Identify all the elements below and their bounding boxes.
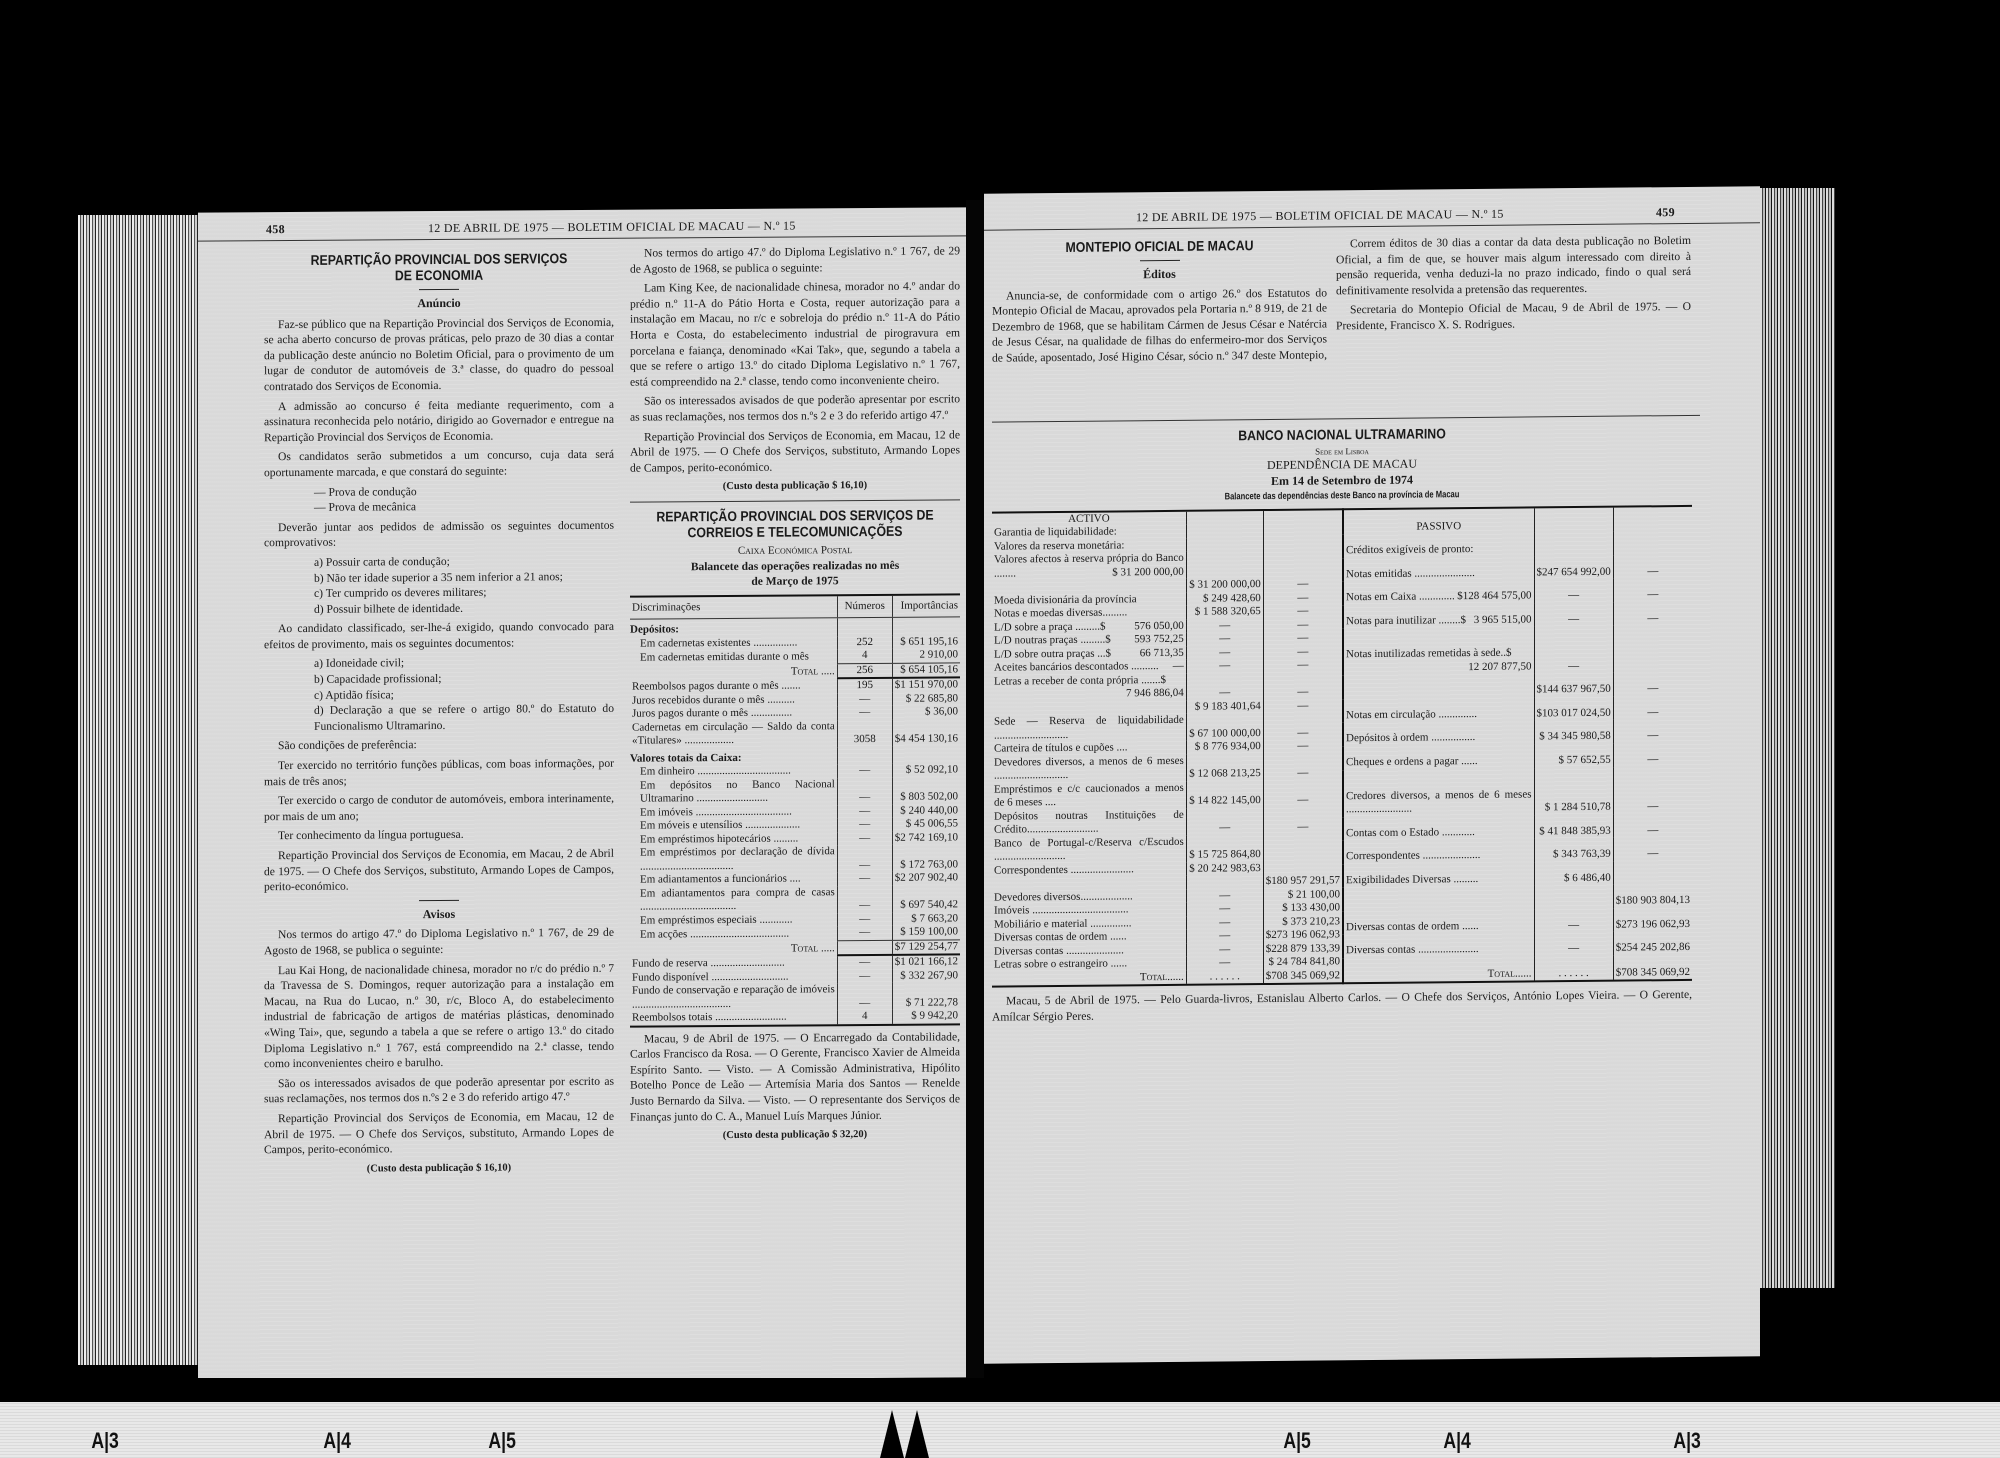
row-amount: $ 34 345 980,58 [1534,720,1613,744]
column-montepio-b: Correm éditos de 30 dias a contar da dat… [1336,233,1691,338]
row-number: — [837,764,892,778]
row-amount: $ 41 848 385,93 [1534,814,1613,838]
table-row: Exigibilidades Diversas ......... $ 6 48… [1343,861,1692,888]
row-sub-amount: 593 752,25 [1134,633,1184,647]
table-row: Depósitos noutras Instituições de Crédit… [992,807,1342,837]
row-amount: $273 196 062,93 [1613,908,1692,932]
row-amount: — [1263,713,1342,741]
table-row: Correspondentes ..................... $ … [1343,837,1692,864]
table-row: Em dinheiro ............................… [630,764,960,780]
bnu-section: BANCO NACIONAL ULTRAMARINO Sede em Lisbo… [992,423,1692,1029]
list-item: d) Possuir bilhete de identidade. [264,599,614,617]
row-label: Juros pagos durante o mês ..............… [630,706,837,721]
row-amount [1186,875,1263,889]
film-mark: A|3 [91,1428,118,1454]
row-amount: — [1186,659,1263,673]
cost-note: (Custo desta publicação $ 16,10) [630,478,960,496]
row-label: Letras sobre o estrangeiro ...... [994,958,1127,971]
row-label: Valores totais da Caixa: [630,747,837,766]
bnu-title: BANCO NACIONAL ULTRAMARINO [1034,423,1650,445]
row-amount: — [1263,807,1342,835]
row-amount: $228 879 133,39 [1263,942,1342,956]
row-amount: — [1534,602,1613,626]
row-amount: — [1613,555,1692,579]
film-notch [880,1410,904,1458]
table-row: Cheques e ordens a pagar ...... $ 57 652… [1343,743,1692,770]
row-number [837,618,892,636]
row-sub-amount: $128 464 575,00 [1457,590,1531,604]
row-amount: $ 343 763,39 [1534,838,1613,862]
row-label: Exigibilidades Diversas ......... [1346,873,1478,886]
film-mark: A|3 [1673,1428,1700,1454]
row-label: Em cadernetas existentes ...............… [630,636,837,651]
row-amount: $ 67 100 000,00 [1186,713,1263,741]
row-amount: — [1186,632,1263,646]
row-amount: $ 9 183 401,64 [1186,700,1263,714]
row-amount: $ 172 763,00 [892,845,960,872]
list-item: — Prova de mecânica [264,498,614,516]
row-amount: $ 133 430,00 [1263,902,1342,916]
row-amount: — [1263,618,1342,632]
running-header-left: 458 12 DE ABRIL DE 1975 — BOLETIM OFICIA… [198,217,966,241]
table-row: Diversas contas ...................... —… [1343,931,1692,958]
row-label: Depósitos à ordem ................ [1346,731,1475,744]
list-item: b) Não ter idade superior a 35 nem infer… [264,568,614,586]
paragraph: Os candidatos serão submetidos a um conc… [264,447,614,481]
signature: Macau, 5 de Abril de 1975. — Pelo Guarda… [992,987,1692,1025]
signature: Secretaria do Montepio Oficial de Macau,… [1336,299,1691,334]
table-row: Em cadernetas existentes ...............… [630,635,960,651]
row-amount [1613,531,1692,555]
table-row: Letras a receber de conta própria ......… [992,672,1342,702]
row-amount: — [1263,632,1342,646]
table-row: Notas inutilizadas remetidas à sede..$ 1… [1343,625,1692,675]
paragraph: Lau Kai Hong, de nacionalidade chinesa, … [264,960,614,1072]
row-amount: — [1186,956,1263,970]
row-number: 4 [837,1010,892,1025]
row-amount: $ 31 200 000,00 [1186,578,1263,592]
film-mark: A|4 [323,1428,350,1454]
row-label: Em dinheiro ............................… [630,764,837,779]
row-label: L/D sobre outra praças ...$ [994,647,1111,660]
row-label: Notas emitidas ...................... [1346,567,1475,580]
cost-note: (Custo desta publicação $ 16,10) [264,1159,614,1177]
row-number: — [837,706,892,720]
table-row: Credores diversos, a menos de 6 meses ..… [1343,766,1692,816]
row-amount: $ 803 502,00 [892,777,960,804]
paragraph: Ter exercido o cargo de condutor de auto… [264,791,614,825]
row-label: Depósitos noutras Instituições de Crédit… [994,809,1184,836]
row-amount [892,617,960,635]
row-amount: $ 240 440,00 [892,804,960,818]
row-amount: — [1186,673,1263,701]
row-amount: — [1613,578,1692,602]
paragraph: Faz-se público que na Repartição Provinc… [264,314,614,394]
column-header: Discriminações [630,595,837,619]
row-amount: $ 8 776 934,00 [1186,740,1263,754]
row-amount: — [1534,626,1613,674]
row-label: Em cadernetas emitidas durante o mês [630,649,837,664]
row-label: Em adiantamentos para compra de casas ..… [630,886,837,914]
row-number: — [837,955,892,970]
row-label: Correspondentes ....................... [994,863,1134,876]
row-number: 4 [837,649,892,663]
row-label: Moeda divisionária da província [994,593,1137,606]
row-label: Sede — Reserva de liquidabilidade ......… [994,714,1184,741]
caixa-balance-table: Discriminações Números Importâncias Depó… [630,593,960,1027]
row-amount: $2 207 902,40 [892,872,960,886]
row-amount: $4 454 130,16 [892,719,960,746]
table-row: Contas com o Estado ............ $ 41 84… [1343,814,1692,841]
row-label: Mobiliário e material ............... [994,917,1131,930]
row-amount: $ 45 006,55 [892,818,960,832]
paragraph: Correm éditos de 30 dias a contar da dat… [1336,233,1691,299]
row-number: — [837,778,892,805]
row-amount: $ 6 486,40 [1534,861,1613,885]
row-amount: $ 159 100,00 [892,926,960,940]
list-item: d) Declaração a que se refere o artigo 8… [264,701,614,735]
paragraph: São os interessados avisados de que pode… [264,1073,614,1107]
row-amount: — [1263,659,1342,673]
column-economia: REPARTIÇÃO PROVINCIAL DOS SERVIÇOSDE ECO… [264,250,614,1182]
row-amount: — [1186,943,1263,957]
row-label: Diversas contas de ordem ...... [994,931,1127,944]
row-amount: $ 9 942,20 [892,1010,960,1025]
table-row: Em empréstimos hipotecários .........—$2… [630,831,960,847]
total-label: Total...... [1343,956,1534,983]
total-row: Total....... . . . . .$708 345 069,92 [1343,955,1692,984]
row-amount: $2 742 169,10 [892,831,960,845]
paragraph: Lam King Kee, de nacionalidade chinesa, … [630,279,960,390]
avisos-heading: Avisos [264,906,614,924]
row-label: Notas para inutilizar ........$ [1346,614,1466,627]
total-amount: $708 345 069,92 [1263,969,1342,984]
row-label: Em acções ..............................… [630,926,837,941]
row-number: — [837,970,892,984]
table-row: Diversas contas de ordem ...... —$273 19… [1343,908,1692,935]
row-amount: — [1613,814,1692,838]
row-amount: — [1534,932,1613,956]
total-amount: $708 345 069,92 [1613,955,1692,981]
table-row: Em adiantamentos a funcionários ....—$2 … [630,872,960,888]
row-amount: $ 654 105,16 [892,663,960,678]
row-number: — [837,693,892,707]
row-label: Cadernetas em circulação — Saldo da cont… [630,720,837,748]
row-amount: — [1263,645,1342,659]
signature: Repartição Provincial dos Serviços de Ec… [264,1109,614,1158]
table-row: Empréstimos e c/c caucionados a menos de… [992,780,1342,810]
row-amount: — [1263,672,1342,700]
row-sub-amount: — [1173,660,1184,674]
cost-note: (Custo desta publicação $ 32,20) [630,1127,960,1145]
row-number: — [837,983,892,1010]
table-row: Em adiantamentos para compra de casas ..… [630,885,960,914]
row-label: Em empréstimos por declaração de dívida … [630,845,837,873]
row-amount [1186,524,1263,538]
row-amount [1534,532,1613,556]
row-number: — [837,818,892,832]
row-label: Em imóveis .............................… [630,805,837,820]
row-amount: — [1613,837,1692,861]
row-amount: $ 651 195,16 [892,635,960,649]
row-amount: $180 957 291,57 [1263,875,1342,889]
column-header: Números [837,595,892,618]
row-label: Diversas contas ..................... [994,944,1124,957]
row-label: Depósitos: [630,618,837,637]
row-label: Em adiantamentos a funcionários .... [630,872,837,887]
paragraph: A admissão ao concurso é feita mediante … [264,396,614,445]
row-amount [1263,861,1342,875]
row-amount: — [1186,646,1263,660]
row-amount: $ 12 068 213,25 [1186,754,1263,782]
row-amount: — [1263,780,1342,808]
film-mark: A|5 [1283,1428,1310,1454]
row-amount: — [1613,696,1692,720]
row-number: — [837,926,892,940]
table-row: Fundo de conservação e reparação de imóv… [630,983,960,1012]
row-amount: — [1613,672,1692,696]
row-label: Fundo de reserva .......................… [630,955,837,971]
paragraph: Ter exercido no território funções públi… [264,756,614,790]
row-amount: $ 1 588 320,65 [1186,605,1263,619]
row-amount: $ 697 540,42 [892,885,960,912]
table-row: Juros recebidos durante o mês ..........… [630,692,960,708]
table-row: Notas em Caixa ............. $128 464 57… [1343,578,1692,605]
table-row: Banco de Portugal-c/Reserva c/Escudos ..… [992,834,1342,864]
row-amount: $ 332 267,90 [892,969,960,983]
running-title: 12 DE ABRIL DE 1975 — BOLETIM OFICIAL DE… [428,219,796,237]
row-sub-amount: $ 31 200 000,00 [1112,566,1184,580]
row-amount: $1 151 970,00 [892,678,960,693]
activo-table: ACTIVO Garantia de liquidabilidade: Valo… [992,508,1342,988]
row-label: Devedores diversos, a menos de 6 meses .… [994,755,1184,782]
table-row: Cadernetas em circulação — Saldo da cont… [630,719,960,748]
row-label: Notas em circulação .............. [1346,708,1477,721]
correios-caption: Balancete das operações realizadas no mê… [630,558,960,591]
row-amount: — [1263,605,1342,619]
column-montepio-a: MONTEPIO OFICIAL DE MACAU Éditos Anuncia… [992,236,1327,370]
row-amount: — [1186,619,1263,633]
row-amount: — [1263,699,1342,713]
row-number [837,747,892,765]
paragraph: Anuncia-se, de conformidade com o artigo… [992,285,1327,366]
table-row: Reembolsos totais ......................… [630,1010,960,1027]
row-sub-amount: 576 050,00 [1134,620,1184,634]
row-amount: — [1186,916,1263,930]
paragraph: Ao candidato classificado, ser-lhe-á exi… [264,619,614,653]
row-amount: — [1263,591,1342,605]
row-label: L/D noutras praças .........$ [994,634,1111,647]
row-amount: $ 14 822 145,00 [1186,781,1263,809]
table-row: Valores afectos à reserva própria do Ban… [992,551,1342,581]
row-label: Notas inutilizadas remetidas à sede..$ [1346,647,1512,661]
row-amount: $ 52 092,10 [892,764,960,778]
row-label: Devedores diversos................... [994,890,1133,903]
row-amount: $ 21 100,00 [1263,888,1342,902]
row-amount [1263,834,1342,862]
row-amount: — [1613,719,1692,743]
total-label: Total...... [992,971,1186,987]
row-amount: $247 654 992,00 [1534,555,1613,579]
row-number [837,940,892,955]
row-number: — [837,886,892,913]
row-amount [1263,551,1342,579]
row-label: Banco de Portugal-c/Reserva c/Escudos ..… [994,836,1184,863]
row-label: Reembolsos totais ......................… [630,1010,837,1026]
row-label: Credores diversos, a menos de 6 meses ..… [1346,788,1532,815]
row-label: Em empréstimos especiais ............ [630,913,837,928]
row-amount: $103 017 024,50 [1534,697,1613,721]
row-amount: — [1534,579,1613,603]
column-header: Importâncias [892,594,960,617]
row-amount [1613,861,1692,885]
row-number: 195 [837,678,892,693]
row-amount [1263,537,1342,551]
row-amount: $ 20 242 983,63 [1186,862,1263,876]
row-label: Contas com o Estado ............ [1346,826,1475,839]
signature: Macau, 9 de Abril de 1975. — O Encarrega… [630,1029,960,1125]
row-label: L/D sobre a praça .........$ [994,620,1106,633]
row-amount: $273 196 062,93 [1263,929,1342,943]
row-amount: $180 903 804,13 [1613,884,1692,908]
row-label: Notas e moedas diversas......... [994,607,1127,620]
row-label: Aceites bancários descontados .......... [994,660,1159,674]
left-page: 458 12 DE ABRIL DE 1975 — BOLETIM OFICIA… [198,207,966,1382]
row-amount: — [1263,740,1342,754]
row-number: 256 [837,663,892,678]
section-title: REPARTIÇÃO PROVINCIAL DOS SERVIÇOSDE ECO… [285,250,593,284]
row-amount: — [1534,908,1613,932]
row-amount [1263,524,1342,538]
film-mark: A|4 [1443,1428,1470,1454]
right-page: 12 DE ABRIL DE 1975 — BOLETIM OFICIAL DE… [984,186,1760,1363]
row-amount: $ 57 652,55 [1534,744,1613,768]
row-amount: — [1613,766,1692,814]
row-amount: $ 15 725 864,80 [1186,835,1263,863]
table-row: Depósitos: [630,617,960,637]
row-amount [1534,885,1613,909]
row-number: — [837,913,892,927]
passivo-label: PASSIVO [1343,507,1534,534]
table-row: Notas em circulação .............. $103 … [1343,696,1692,723]
row-label: Notas em Caixa ............. [1346,590,1455,603]
row-label: Juros recebidos durante o mês .......... [630,693,837,708]
table-row: Notas emitidas ...................... $2… [1343,555,1692,582]
row-amount: 2 910,00 [892,649,960,663]
row-amount: $7 129 254,77 [892,940,960,955]
signature: Repartição Provincial dos Serviços de Ec… [630,427,960,476]
row-amount: — [1186,808,1263,836]
row-label: Correspondentes ..................... [1346,849,1480,862]
correios-title: REPARTIÇÃO PROVINCIAL DOS SERVIÇOS DECOR… [650,506,940,540]
row-label: Empréstimos e c/c caucionados a menos de… [994,782,1184,809]
row-amount [1186,551,1263,579]
table-row: Notas para inutilizar ........$ 3 965 51… [1343,602,1692,629]
row-amount: — [1613,743,1692,767]
row-label: Valores da reserva monetária: [994,539,1124,552]
running-title: 12 DE ABRIL DE 1975 — BOLETIM OFICIAL DE… [1136,207,1504,226]
row-amount: $ 1 284 510,78 [1534,767,1613,815]
paragraph: Nos termos do artigo 47.º do Diploma Leg… [630,243,960,276]
page-number: 458 [266,222,285,237]
row-label: Reembolsos pagos durante o mês ....... [630,678,837,694]
table-row: Fundo disponível .......................… [630,969,960,985]
row-amount: $ 22 685,80 [892,692,960,706]
row-label: Carteira de títulos e cupões .... [994,742,1128,755]
table-row: $180 903 804,13 [1343,884,1692,911]
passivo-table: PASSIVO Créditos exigíveis de pronto: No… [1342,505,1692,985]
film-mark: A|5 [488,1428,515,1454]
table-row: Sede — Reserva de liquidabilidade ......… [992,713,1342,743]
row-label: Imóveis ................................… [994,904,1128,917]
column-aviso-correios: Nos termos do artigo 47.º do Diploma Leg… [630,243,960,1148]
table-row: $144 637 967,50— [1343,672,1692,699]
row-amount: $ 7 663,20 [892,912,960,926]
paragraph: Ter conhecimento da língua portuguesa. [264,826,614,844]
row-number: — [837,805,892,819]
row-amount: $1 021 166,12 [892,955,960,970]
paragraph: São condições de preferência: [264,736,614,754]
row-amount: — [1263,578,1342,592]
row-label: Diversas contas ...................... [1346,943,1479,956]
row-label: Créditos exigíveis de pronto: [1346,543,1473,556]
row-number: — [837,845,892,872]
row-label: Fundo de conservação e reparação de imóv… [630,983,837,1011]
row-amount: — [1186,929,1263,943]
row-label: Total ..... [630,663,837,679]
row-amount: $144 637 967,50 [1534,673,1613,697]
table-row: Em empréstimos por declaração de dívida … [630,845,960,874]
montepio-title: MONTEPIO OFICIAL DE MACAU [1012,237,1307,256]
row-sub-amount: 66 713,35 [1140,647,1184,661]
anuncio-heading: Anúncio [264,295,614,313]
table-row: Depósitos à ordem ................ $ 34 … [1343,719,1692,746]
paragraph: São os interessados avisados de que pode… [630,392,960,425]
right-page-edges [1760,188,1835,1288]
editos-heading: Éditos [992,265,1327,284]
row-label: Em depósitos no Banco Nacional Ultramari… [630,778,837,806]
row-label: Diversas contas de ordem ...... [1346,920,1479,933]
book-gutter [966,200,984,1380]
page-number: 459 [1656,205,1675,220]
row-amount: — [1186,889,1263,903]
table-row: Valores totais da Caixa: [630,746,960,766]
row-label: Total ..... [630,940,837,956]
row-label: Garantia de liquidabilidade: [994,526,1117,539]
paragraph: Nos termos do artigo 47.º do Diploma Leg… [264,925,614,959]
row-label: Fundo disponível .......................… [630,970,837,985]
row-amount [892,746,960,764]
row-amount: — [1186,902,1263,916]
row-sub-amount: 12 207 877,50 [1468,660,1531,674]
row-amount [1186,538,1263,552]
table-row: Em depósitos no Banco Nacional Ultramari… [630,777,960,806]
row-number: 252 [837,636,892,650]
row-amount: $ 71 222,78 [892,983,960,1010]
row-sub-amount: 7 946 886,04 [1126,687,1184,701]
left-page-edges [78,215,200,1365]
row-amount: — [1613,602,1692,626]
signature: Repartição Provincial dos Serviços de Ec… [264,846,614,895]
row-number: 3058 [837,720,892,747]
scan-shadow [0,1378,2000,1404]
row-label: Em móveis e utensílios .................… [630,818,837,833]
row-number: — [837,872,892,886]
row-sub-amount: 3 965 515,00 [1474,613,1532,627]
film-notch [905,1410,929,1458]
running-header-right: 12 DE ABRIL DE 1975 — BOLETIM OFICIAL DE… [984,204,1760,230]
table-row: Devedores diversos, a menos de 6 meses .… [992,753,1342,783]
